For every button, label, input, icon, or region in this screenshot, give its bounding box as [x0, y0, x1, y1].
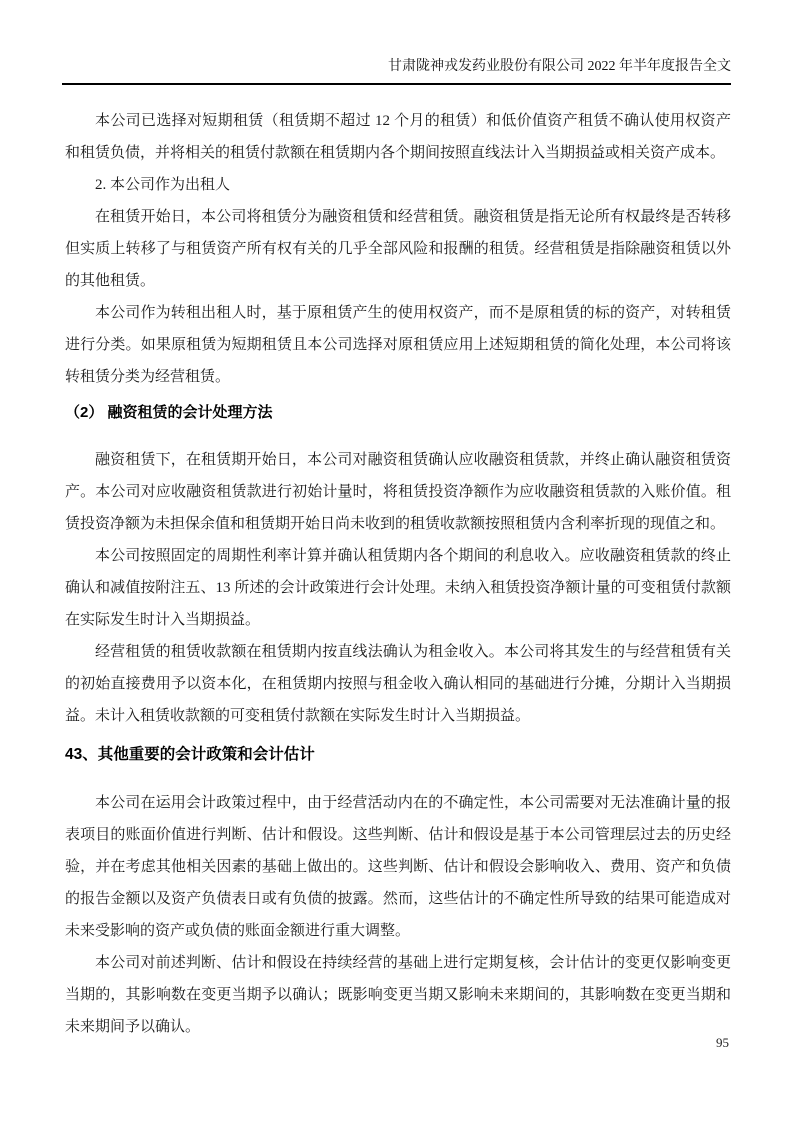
report-title: 甘肃陇神戎发药业股份有限公司 2022 年半年度报告全文	[388, 59, 731, 74]
report-page: 甘肃陇神戎发药业股份有限公司 2022 年半年度报告全文 本公司已选择对短期租赁…	[0, 0, 793, 1122]
paragraph-interest-income: 本公司按照固定的周期性利率计算并确认租赁期内各个期间的利息收入。应收融资租赁款的…	[65, 540, 731, 636]
list-item-company-as-lessor: 2. 本公司作为出租人	[65, 169, 731, 201]
subsection-heading-finance-lease-accounting: （2） 融资租赁的会计处理方法	[65, 397, 731, 429]
paragraph-lease-classification: 在租赁开始日，本公司将租赁分为融资租赁和经营租赁。融资租赁是指无论所有权最终是否…	[65, 201, 731, 297]
paragraph-periodic-review: 本公司对前述判断、估计和假设在持续经营的基础上进行定期复核，会计估计的变更仅影响…	[65, 947, 731, 1043]
paragraph-sublease: 本公司作为转租出租人时，基于原租赁产生的使用权资产，而不是原租赁的标的资产，对转…	[65, 297, 731, 393]
paragraph-short-term-lease: 本公司已选择对短期租赁（租赁期不超过 12 个月的租赁）和低价值资产租赁不确认使…	[65, 105, 731, 169]
paragraph-operating-lease-income: 经营租赁的租赁收款额在租赁期内按直线法确认为租金收入。本公司将其发生的与经营租赁…	[65, 636, 731, 732]
document-body: 本公司已选择对短期租赁（租赁期不超过 12 个月的租赁）和低价值资产租赁不确认使…	[65, 105, 731, 1043]
section-heading-43-other-policies: 43、其他重要的会计政策和会计估计	[65, 739, 731, 771]
paragraph-finance-lease-initial-measurement: 融资租赁下，在租赁期开始日，本公司对融资租赁确认应收融资租赁款，并终止确认融资租…	[65, 444, 731, 540]
page-header: 甘肃陇神戎发药业股份有限公司 2022 年半年度报告全文	[62, 0, 731, 85]
paragraph-judgments-estimates: 本公司在运用会计政策过程中，由于经营活动内在的不确定性，本公司需要对无法准确计量…	[65, 787, 731, 947]
page-number: 95	[716, 1034, 729, 1052]
